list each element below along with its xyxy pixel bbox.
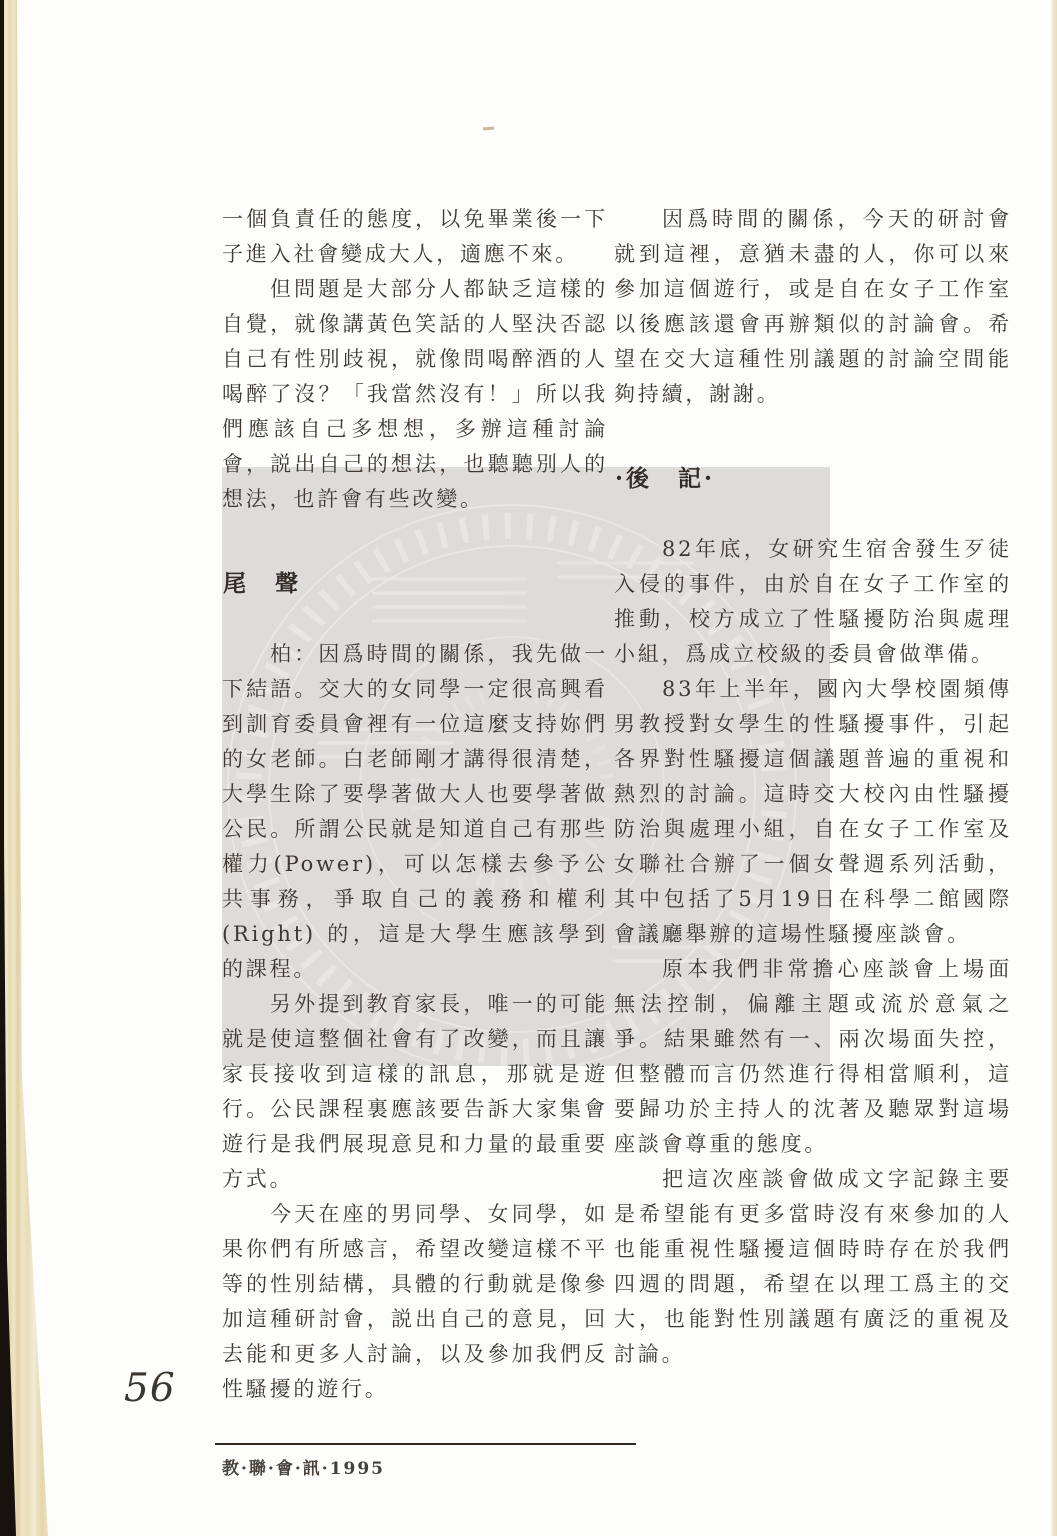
paragraph: 82年底，女研究生宿舍發生歹徒入侵的事件，由於自在女子工作室的推動，校方成立了性…: [614, 532, 1012, 672]
paragraph: 原本我們非常擔心座談會上場面無法控制，偏離主題或流於意氣之爭。結果雖然有一、兩次…: [614, 952, 1012, 1162]
paragraph: 另外提到教育家長，唯一的可能就是使這整個社會有了改變，而且讓家長接收到這樣的訊息…: [222, 987, 608, 1197]
paragraph: 但問題是大部分人都缺乏這樣的自覺，就像講黃色笑話的人堅決否認自己有性別歧視，就像…: [222, 272, 608, 517]
paragraph: 一個負責任的態度，以免畢業後一下子進入社會變成大人，適應不來。: [222, 202, 608, 272]
paragraph: 83年上半年，國內大學校園頻傳男教授對女學生的性騷擾事件，引起各界對性騷擾這個議…: [614, 672, 1012, 952]
scan-dash-mark: [483, 127, 494, 131]
column-right: 因爲時間的關係，今天的研討會就到這裡，意猶未盡的人，你可以來參加這個遊行，或是自…: [614, 202, 1012, 1372]
page-number: 56: [124, 1366, 176, 1411]
paragraph: 今天在座的男同學、女同學，如果你們有所感言，希望改變這樣不平等的性別結構，具體的…: [222, 1197, 608, 1407]
footer-rule: [215, 1443, 636, 1445]
paragraph: 因爲時間的關係，今天的研討會就到這裡，意猶未盡的人，你可以來參加這個遊行，或是自…: [614, 202, 1012, 412]
footer-journal-title: 教·聯·會·訊·1995: [222, 1454, 385, 1479]
section-heading-coda: 尾 聲: [223, 569, 608, 599]
scanned-document-page: 一個負責任的態度，以免畢業後一下子進入社會變成大人，適應不來。 但問題是大部分人…: [0, 0, 1057, 1536]
paragraph: 把這次座談會做成文字記錄主要是希望能有更多當時沒有來參加的人也能重視性騷擾這個時…: [614, 1162, 1012, 1372]
page-edge-right: [1050, 0, 1057, 1536]
paragraph: 柏：因爲時間的關係，我先做一下結語。交大的女同學一定很高興看到訓育委員會裡有一位…: [222, 637, 608, 987]
section-heading-postscript: ·後 記·: [615, 464, 1012, 494]
column-left: 一個負責任的態度，以免畢業後一下子進入社會變成大人，適應不來。 但問題是大部分人…: [222, 202, 608, 1407]
